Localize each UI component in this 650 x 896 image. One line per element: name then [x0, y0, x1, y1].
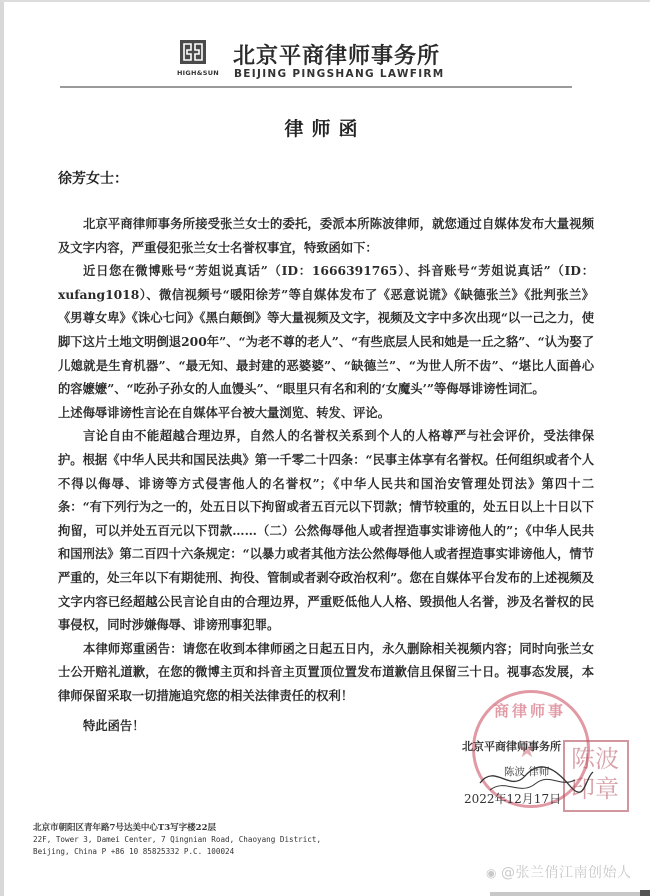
page-edge-top [0, 0, 650, 2]
firm-name-en: BEIJING PINGSHANG LAWFIRM [234, 68, 445, 80]
address-en-line1: 22F, Tower 3, Damei Center, 7 Qingnian R… [33, 834, 321, 846]
bottom-edge [490, 892, 650, 896]
paragraph-intro: 北京平商律师事务所接受张兰女士的委托，委派本所陈波律师，就您通过自媒体发布大量视… [58, 212, 594, 259]
watermark-text: @张兰俏江南创始人 [501, 865, 632, 881]
address-cn: 北京市朝阳区青年路7号达美中心T3写字楼22层 [33, 822, 321, 834]
header-divider [60, 86, 572, 88]
document-title: 律师函 [0, 114, 650, 141]
letter-body: 北京平商律师事务所接受张兰女士的委托，委派本所陈波律师，就您通过自媒体发布大量视… [58, 212, 594, 707]
firm-seal-text: 商律师事 [490, 700, 570, 721]
paragraph-spread: 上述侮辱诽谤性言论在自媒体平台被大量浏览、转发、评论。 [58, 401, 594, 425]
letterhead: HIGH&SUN 北京平商律师事务所 BEIJING PINGSHANG LAW… [160, 38, 500, 84]
logo-wordmark: HIGH&SUN [168, 69, 228, 77]
weibo-icon: ◉ [486, 866, 497, 880]
signature-firm: 北京平商律师事务所 [462, 738, 561, 754]
address-en-line2: Beijing, China P +86 10 85825332 P.C. 10… [33, 846, 321, 858]
logo-mark-icon [180, 40, 206, 64]
paragraph-legal-basis: 言论自由不能超越合理边界，自然人的名誉权关系到个人的人格尊严与社会评价，受法律保… [58, 424, 594, 636]
salutation: 徐芳女士： [58, 168, 128, 188]
firm-name-cn: 北京平商律师事务所 [233, 39, 440, 70]
footer-address: 北京市朝阳区青年路7号达美中心T3写字楼22层 22F, Tower 3, Da… [33, 822, 321, 858]
bottom-corner [640, 890, 650, 896]
handwritten-signature-icon [475, 758, 595, 798]
closing-line: 特此函告！ [83, 716, 145, 734]
paragraph-facts: 近日您在微博账号“芳姐说真话”（ID：1666391765）、抖音账号“芳姐说真… [58, 259, 594, 401]
weibo-watermark: ◉@张兰俏江南创始人 [486, 862, 631, 882]
firm-logo: HIGH&SUN [168, 40, 220, 80]
